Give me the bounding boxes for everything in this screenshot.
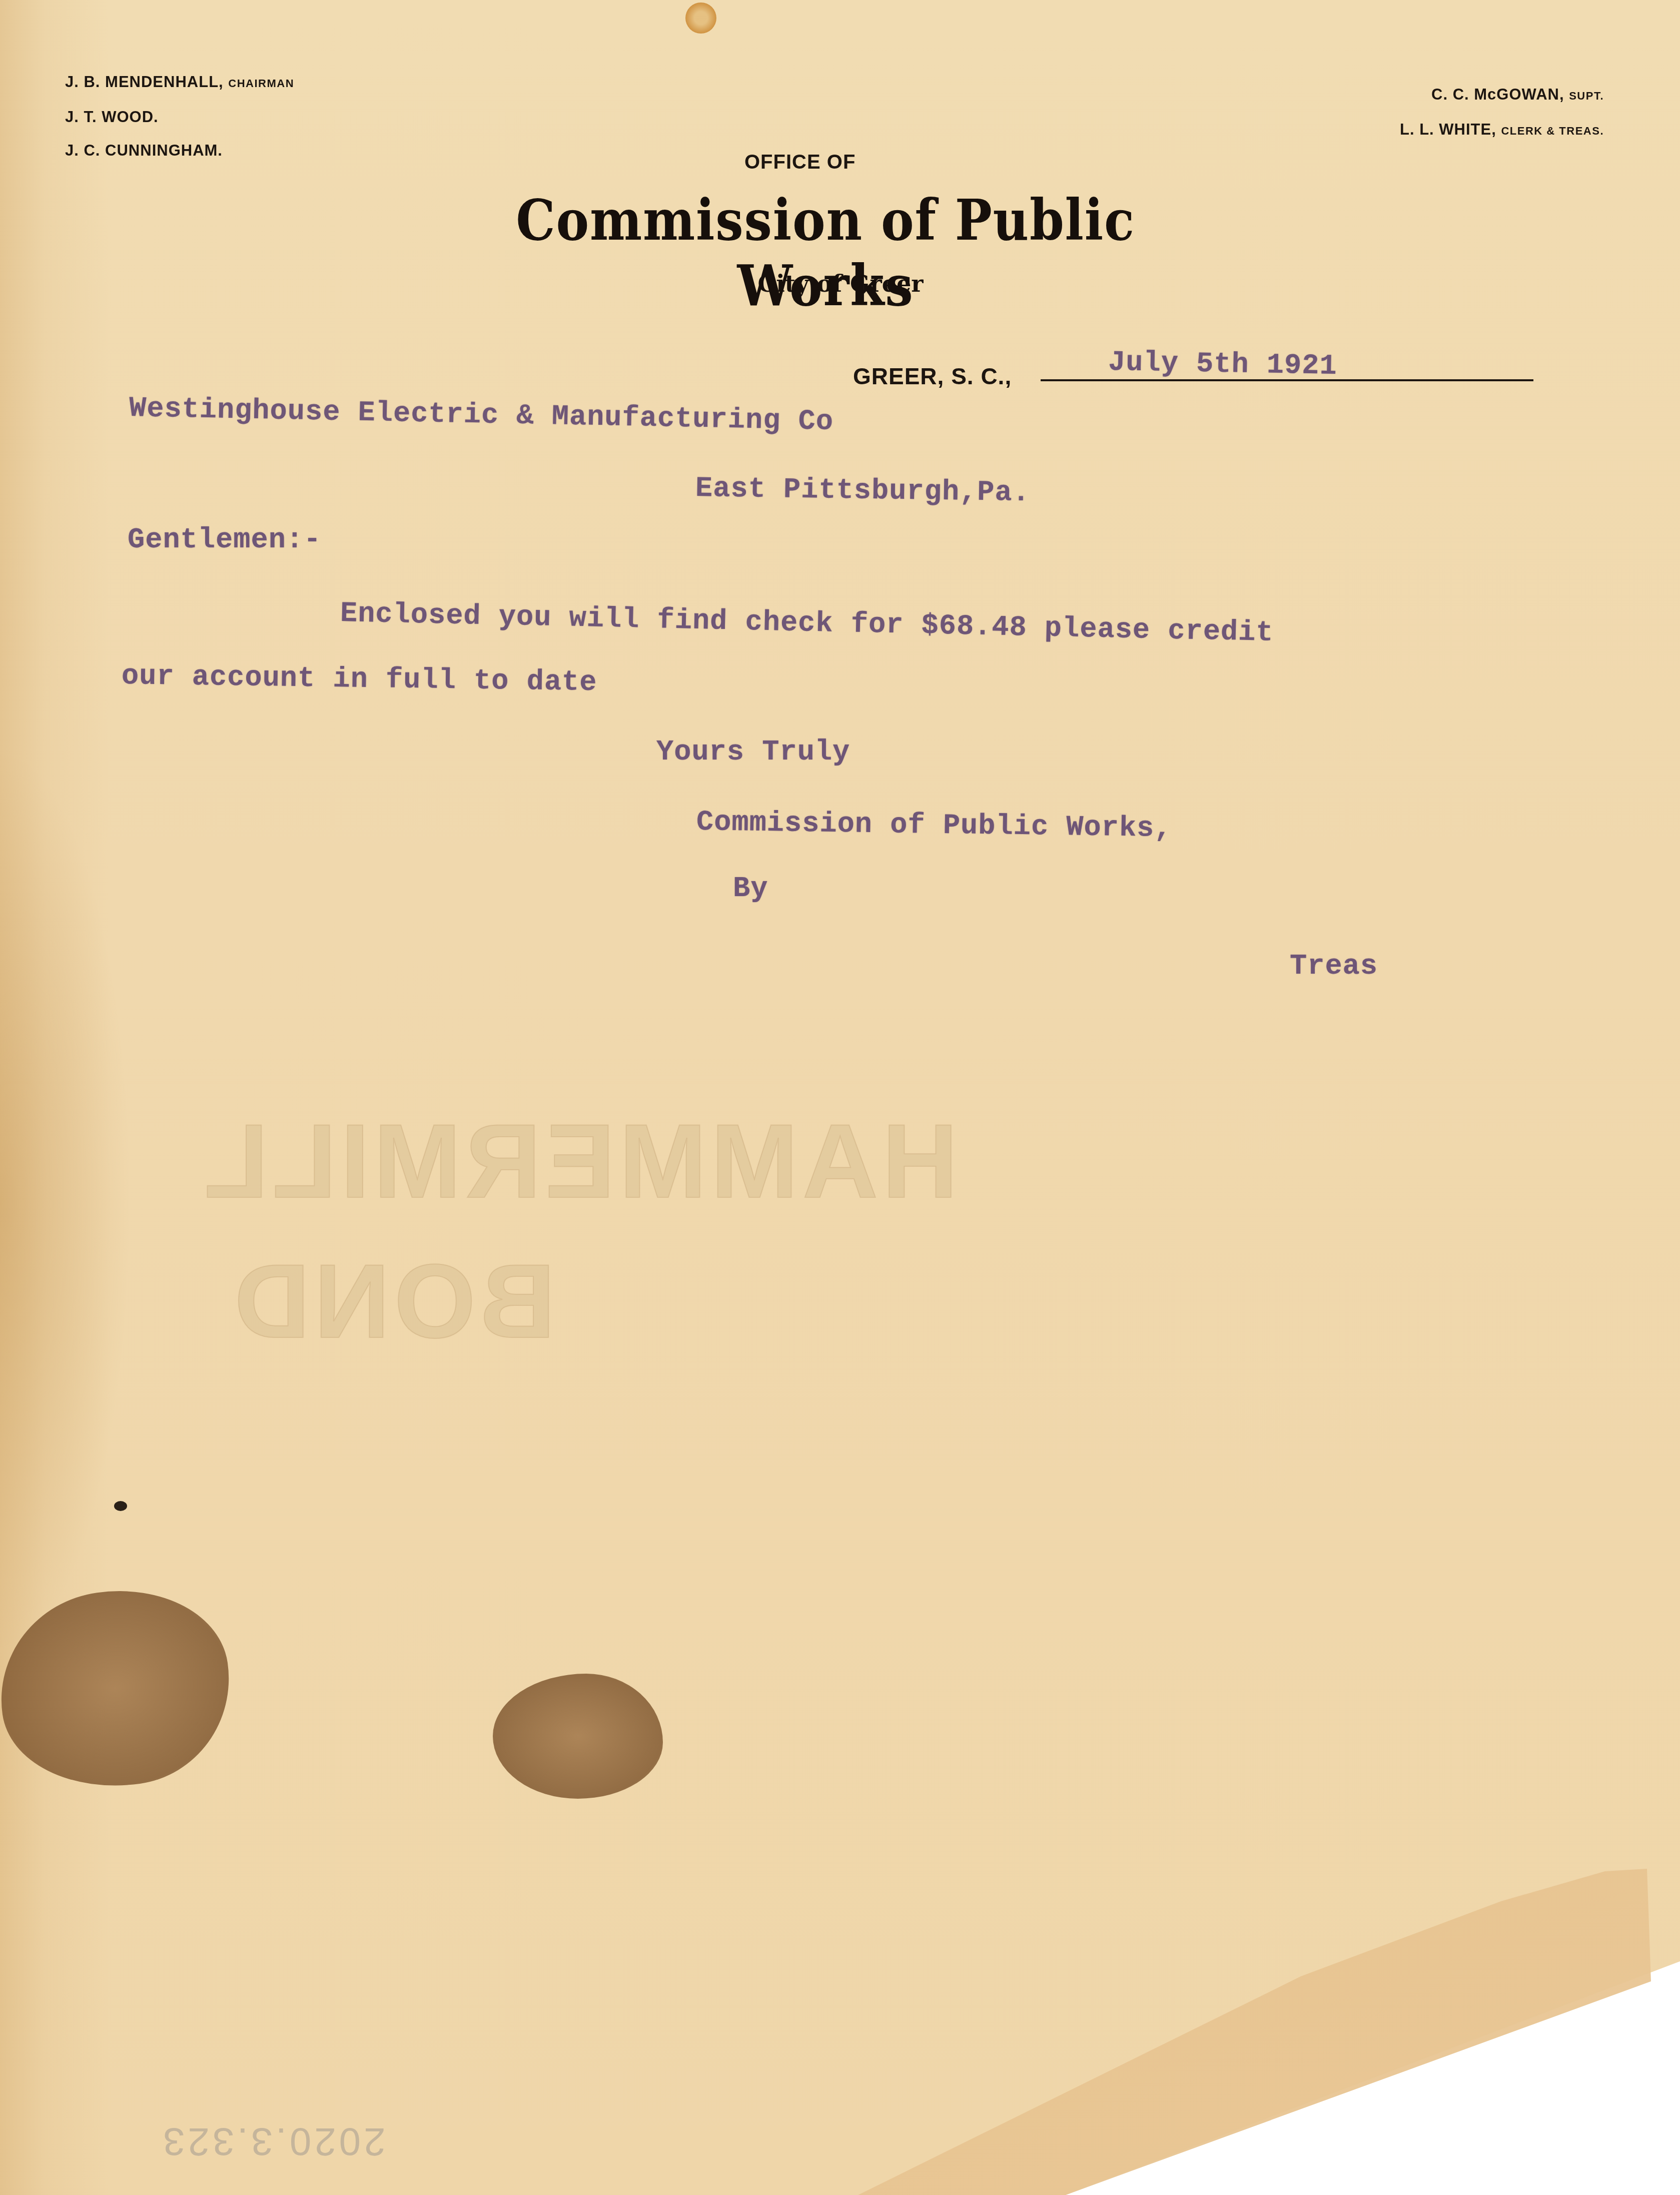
salutation: Gentlemen:-: [128, 524, 321, 556]
place-label: GREER, S. C.,: [853, 363, 1012, 390]
signature-by: By: [733, 873, 768, 905]
signature-organization: Commission of Public Works,: [696, 807, 1172, 845]
rust-spot: [685, 3, 716, 34]
commissioner-cunningham: J. C. CUNNINGHAM.: [65, 134, 294, 167]
commissioner-wood: J. T. WOOD.: [65, 100, 294, 134]
commissioner-mendenhall: J. B. MENDENHALL, CHAIRMAN: [65, 65, 294, 100]
officer-white: L. L. WHITE, CLERK & TREAS.: [1400, 113, 1604, 148]
signature-title: Treas: [1290, 951, 1378, 983]
ink-blot: [114, 1501, 127, 1511]
watermark-bond: BOND: [230, 1241, 555, 1362]
commissioners-list: J. B. MENDENHALL, CHAIRMAN J. T. WOOD. J…: [65, 65, 294, 167]
letter-paper: [0, 0, 1680, 2195]
addressee-city: East Pittsburgh,Pa.: [695, 473, 1031, 509]
officers-list: C. C. McGOWAN, SUPT. L. L. WHITE, CLERK …: [1400, 78, 1604, 148]
archive-pencil-note: 2020.3.323: [160, 2119, 385, 2164]
office-of-label: OFFICE OF: [744, 151, 856, 174]
body-line-2: our account in full to date: [122, 660, 597, 699]
officer-mcgowan: C. C. McGOWAN, SUPT.: [1400, 78, 1604, 113]
watermark-hammermill: HAMMERMILL: [200, 1101, 958, 1222]
letter-date: July 5th 1921: [1108, 347, 1337, 383]
letterhead-subtitle: City of Greer: [690, 270, 991, 297]
letterhead-title: Commission of Public Works: [482, 188, 1169, 319]
closing: Yours Truly: [656, 737, 850, 769]
